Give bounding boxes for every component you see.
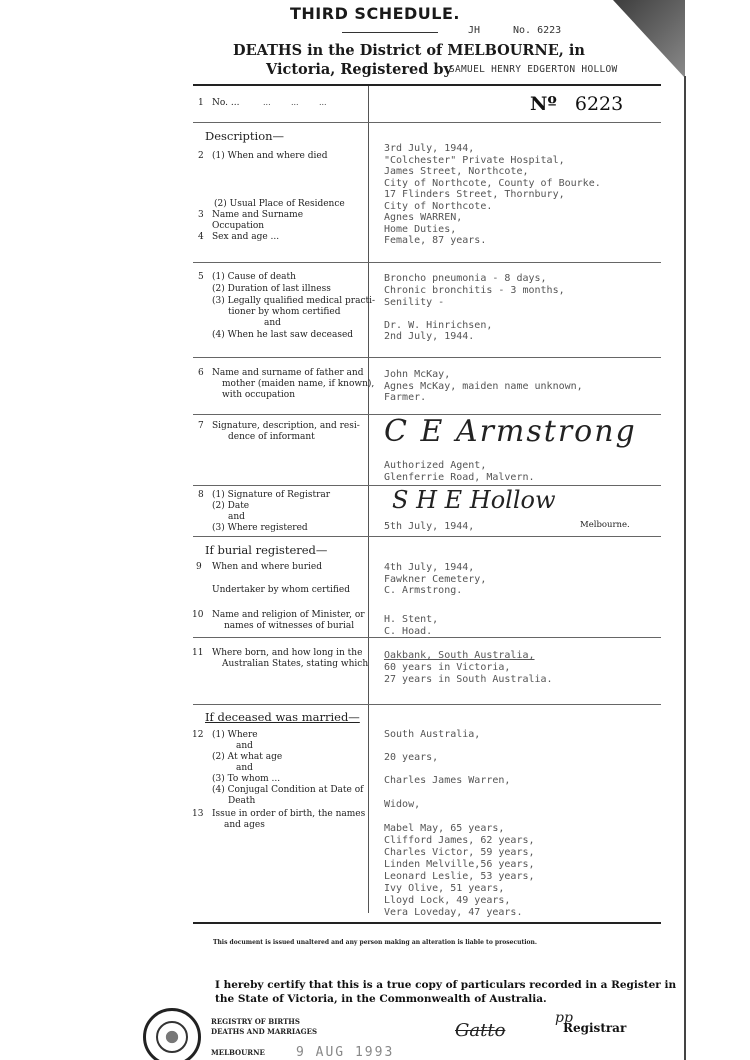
value-occupation: Home Duties, bbox=[384, 224, 456, 236]
label-where-born: Where born, and how long in the bbox=[212, 648, 362, 659]
row-rule bbox=[193, 704, 661, 705]
label-practitioner-cont: tioner by whom certified bbox=[228, 307, 340, 318]
entry-number: 6 bbox=[198, 368, 204, 378]
value-spouse: Charles James Warren, bbox=[384, 775, 510, 787]
label-conjugal-death: Death bbox=[228, 796, 255, 807]
value-where-registered: Melbourne. bbox=[580, 520, 630, 530]
entry-number: 7 bbox=[198, 421, 204, 431]
label-married-age: (2) At what age bbox=[212, 752, 282, 763]
value-sex-age: Female, 87 years. bbox=[384, 235, 486, 247]
value-issue: Mabel May, 65 years, bbox=[384, 823, 504, 835]
entry-number: 10 bbox=[192, 610, 203, 620]
label-parents-occ: with occupation bbox=[222, 390, 295, 401]
label-parents: Name and surname of father and bbox=[212, 368, 363, 379]
label-married-where: (1) Where bbox=[212, 730, 258, 741]
title-rule bbox=[342, 32, 438, 33]
label-name-surname: Name and Surname bbox=[212, 210, 303, 221]
label-occupation: Occupation bbox=[212, 221, 264, 232]
entry-number: 3 bbox=[198, 210, 204, 220]
value-issue: Clifford James, 62 years, bbox=[384, 835, 535, 847]
entry-number: 8 bbox=[198, 490, 204, 500]
label-date: (2) Date bbox=[212, 501, 249, 512]
column-divider bbox=[368, 86, 369, 913]
value-witness: C. Hoad. bbox=[384, 626, 432, 638]
label-where-registered: (3) Where registered bbox=[212, 523, 308, 534]
value-undertaker: C. Armstrong. bbox=[384, 585, 462, 597]
entry-number: 13 bbox=[192, 809, 203, 819]
label-undertaker: Undertaker by whom certified bbox=[212, 585, 350, 596]
registry-city: MELBOURNE bbox=[211, 1048, 265, 1057]
label-and: and bbox=[236, 763, 253, 774]
heading-registered-by: Victoria, Registered by bbox=[266, 61, 452, 78]
value-residence: City of Northcote. bbox=[384, 201, 492, 213]
row-rule bbox=[193, 637, 661, 638]
value-married-age: 20 years, bbox=[384, 752, 438, 764]
header-rule bbox=[193, 84, 661, 86]
value-place-died: James Street, Northcote, bbox=[384, 166, 529, 178]
label-and: and bbox=[264, 318, 281, 329]
value-years-victoria: 60 years in Victoria, bbox=[384, 662, 510, 674]
section-description: Description— bbox=[205, 129, 284, 143]
value-burial-date: 4th July, 1944, bbox=[384, 562, 474, 574]
value-witness: H. Stent, bbox=[384, 614, 438, 626]
initials: JH bbox=[468, 25, 480, 36]
entry-number: 9 bbox=[196, 562, 202, 572]
value-doctor: Dr. W. Hinrichsen, bbox=[384, 320, 492, 332]
schedule-title: THIRD SCHEDULE. bbox=[0, 4, 750, 23]
issue-date-stamp: 9 AUG 1993 bbox=[296, 1045, 394, 1060]
row-rule bbox=[193, 122, 661, 123]
value-conjugal-condition: Widow, bbox=[384, 799, 420, 811]
leader-dots: ... ... ... bbox=[263, 98, 327, 107]
value-cause: Broncho pneumonia - 8 days, bbox=[384, 273, 547, 285]
register-number: Nº6223 bbox=[530, 93, 623, 115]
value-informant-description: Authorized Agent, bbox=[384, 460, 486, 472]
alteration-notice: This document is issued unaltered and an… bbox=[0, 939, 750, 946]
value-issue: Ivy Olive, 51 years, bbox=[384, 883, 504, 895]
value-cause: Chronic bronchitis - 3 months, bbox=[384, 285, 565, 297]
label-usual-residence: (2) Usual Place of Residence bbox=[214, 199, 345, 210]
section-married: If deceased was married— bbox=[205, 710, 360, 724]
entry-number: 12 bbox=[192, 730, 203, 740]
registrar-label: Registrar bbox=[563, 1021, 626, 1035]
value-birthplace: Oakbank, South Australia, bbox=[384, 650, 535, 662]
entry-number: 1 bbox=[198, 98, 204, 108]
value-father-occupation: Farmer. bbox=[384, 392, 426, 404]
label-conjugal: (4) Conjugal Condition at Date of bbox=[212, 785, 363, 796]
label-to-whom: (3) To whom ... bbox=[212, 774, 280, 785]
label-informant-cont: dence of informant bbox=[228, 432, 315, 443]
value-place-died: "Colchester" Private Hospital, bbox=[384, 155, 565, 167]
label-last-seen: (4) When he last saw deceased bbox=[212, 330, 353, 341]
certification-text: I hereby certify that this is a true cop… bbox=[215, 979, 685, 1006]
registry-line-1: REGISTRY OF BIRTHS bbox=[211, 1017, 317, 1027]
value-burial-place: Fawkner Cemetery, bbox=[384, 574, 486, 586]
reference-number: No. 6223 bbox=[513, 25, 561, 36]
value-issue: Leonard Leslie, 53 years, bbox=[384, 871, 535, 883]
entry-number: 11 bbox=[192, 648, 203, 658]
label-parents-cont: mother (maiden name, if known), bbox=[222, 379, 374, 390]
section-burial: If burial registered— bbox=[205, 543, 327, 557]
label-duration: (2) Duration of last illness bbox=[212, 284, 331, 295]
value-issue: Charles Victor, 59 years, bbox=[384, 847, 535, 859]
registry-line-2: DEATHS AND MARRIAGES bbox=[211, 1027, 317, 1037]
label-registrar-signature: (1) Signature of Registrar bbox=[212, 490, 330, 501]
value-issue: Linden Melville,56 years, bbox=[384, 859, 535, 871]
value-residence: 17 Flinders Street, Thornbury, bbox=[384, 189, 565, 201]
label-and: and bbox=[228, 512, 245, 523]
value-issue: Lloyd Lock, 49 years, bbox=[384, 895, 510, 907]
value-issue: Vera Loveday, 47 years. bbox=[384, 907, 522, 919]
value-cause: Senility - bbox=[384, 297, 444, 309]
page-edge bbox=[684, 76, 686, 1060]
register-number-value: 6223 bbox=[575, 93, 623, 115]
entry-number: 2 bbox=[198, 151, 204, 161]
informant-signature: C E Armstrong bbox=[384, 414, 637, 449]
row-rule bbox=[193, 536, 661, 537]
label-minister: Name and religion of Minister, or bbox=[212, 610, 365, 621]
value-last-seen: 2nd July, 1944. bbox=[384, 331, 474, 343]
value-registration-date: 5th July, 1944, bbox=[384, 521, 474, 533]
label-witnesses: names of witnesses of burial bbox=[224, 621, 354, 632]
label-when-where-died: (1) When and where died bbox=[212, 151, 327, 162]
label-no: No. ... bbox=[212, 98, 239, 109]
value-informant-residence: Glenferrie Road, Malvern. bbox=[384, 472, 535, 484]
value-mother: Agnes McKay, maiden name unknown, bbox=[384, 381, 583, 393]
label-informant: Signature, description, and resi- bbox=[212, 421, 360, 432]
number-mark: Nº bbox=[530, 93, 557, 115]
value-father: John McKay, bbox=[384, 369, 450, 381]
entry-number: 5 bbox=[198, 272, 204, 282]
value-name: Agnes WARREN, bbox=[384, 212, 462, 224]
registrar-signature: S H E Hollow bbox=[392, 486, 556, 514]
label-practitioner: (3) Legally qualified medical practi- bbox=[212, 296, 375, 307]
label-states: Australian States, stating which bbox=[222, 659, 368, 670]
value-years-sa: 27 years in South Australia. bbox=[384, 674, 553, 686]
value-married-where: South Australia, bbox=[384, 729, 480, 741]
label-when-where-buried: When and where buried bbox=[212, 562, 322, 573]
value-place-died: City of Northcote, County of Bourke. bbox=[384, 178, 601, 190]
table-bottom-rule bbox=[193, 922, 661, 924]
registrar-name: SAMUEL HENRY EDGERTON HOLLOW bbox=[449, 64, 618, 75]
registry-name: REGISTRY OF BIRTHS DEATHS AND MARRIAGES bbox=[211, 1017, 317, 1037]
value-date-died: 3rd July, 1944, bbox=[384, 143, 474, 155]
row-rule bbox=[193, 262, 661, 263]
label-issue-cont: and ages bbox=[224, 820, 265, 831]
entry-number: 4 bbox=[198, 232, 204, 242]
row-rule bbox=[193, 357, 661, 358]
registry-seal-icon bbox=[143, 1008, 201, 1060]
heading-district: DEATHS in the District of MELBOURNE, in bbox=[233, 42, 585, 59]
label-and: and bbox=[236, 741, 253, 752]
label-sex-age: Sex and age ... bbox=[212, 232, 279, 243]
label-issue: Issue in order of birth, the names bbox=[212, 809, 365, 820]
registrar-signature-footer: Gatto bbox=[455, 1020, 505, 1041]
label-cause-of-death: (1) Cause of death bbox=[212, 272, 296, 283]
